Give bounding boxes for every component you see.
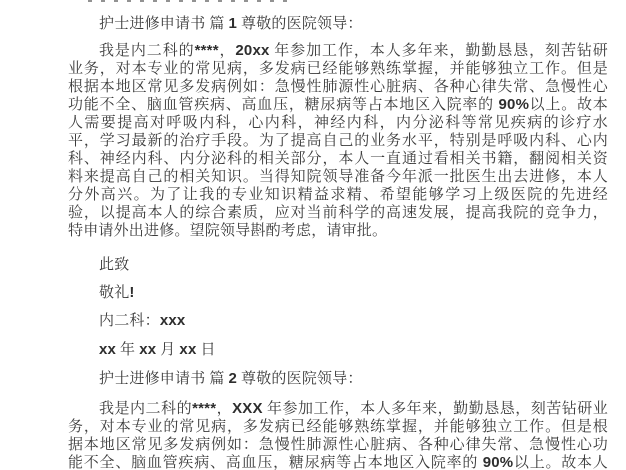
paragraph-line: 验，以提高本人的综合素质，应对当前科学的高速发展，提高我院的竞争力， [68, 204, 608, 222]
paragraph-line: 功能不全、脑血管疾病、高血压，糖尿病等占本地区入院率的 90%以上。故本 [68, 96, 608, 114]
document-page: 护士进修申请书 篇 1 尊敬的医院领导： 我是内二科的****，20xx 年参加… [0, 0, 626, 470]
document-body: 护士进修申请书 篇 1 尊敬的医院领导： 我是内二科的****，20xx 年参加… [68, 15, 608, 470]
paragraph-line: 能不全、脑血管疾病、高血压，糖尿病等占本地区入院率的 90%以上。故本人 [68, 454, 608, 470]
closing-respectfully: 此致 [99, 256, 608, 274]
paragraph-line: 我是内二科的****，XXX 年参加工作，本人多年来，勤勤恳恳，刻苦钻研业 [68, 400, 608, 418]
section1-heading: 护士进修申请书 篇 1 尊敬的医院领导： [99, 15, 608, 33]
paragraph-line: 我是内二科的****，20xx 年参加工作，本人多年来，勤勤恳恳，刻苦钻研 [68, 42, 608, 60]
closing-date: xx 年 xx 月 xx 日 [99, 341, 608, 359]
paragraph-line: 科、神经内科、内分泌科的相关部分，本人一直通过看相关书籍，翻阅相关资 [68, 150, 608, 168]
paragraph-line: 特申请外出进修。望院领导斟酌考虑，请审批。 [68, 222, 608, 240]
paragraph-line: 料来提高自己的相关知识。当得知院领导准备今年派一批医生出去进修，本人 [68, 168, 608, 186]
paragraph-line: 平，学习最新的治疗手段。为了提高自己的业务水平，特别是呼吸内科、心内 [68, 132, 608, 150]
paragraph-line: 根据本地区常见多发病例如：急慢性肺源性心脏病、各种心律失常、急慢性心 [68, 78, 608, 96]
section2-heading: 护士进修申请书 篇 2 尊敬的医院领导： [99, 370, 608, 388]
paragraph-line: 据本地区常见多发病例如：急慢性肺源性心脏病、各种心律失常、急慢性心功 [68, 436, 608, 454]
clipped-text-remnant [88, 0, 293, 2]
paragraph-line: 分外高兴。为了让我的专业知识精益求精、希望能够学习上级医院的先进经 [68, 186, 608, 204]
paragraph-line: 业务，对本专业的常见病，多发病已经能够熟练掌握，并能够独立工作。但是 [68, 60, 608, 78]
closing-salute: 敬礼! [99, 284, 608, 302]
paragraph-line: 务，对本专业的常见病，多发病已经能够熟练掌握，并能够独立工作。但是根 [68, 418, 608, 436]
paragraph-line: 人需要提高对呼吸内科，心内科，神经内科，内分泌科等常见疾病的诊疗水 [68, 114, 608, 132]
closing-signature: 内二科：xxx [99, 312, 608, 330]
